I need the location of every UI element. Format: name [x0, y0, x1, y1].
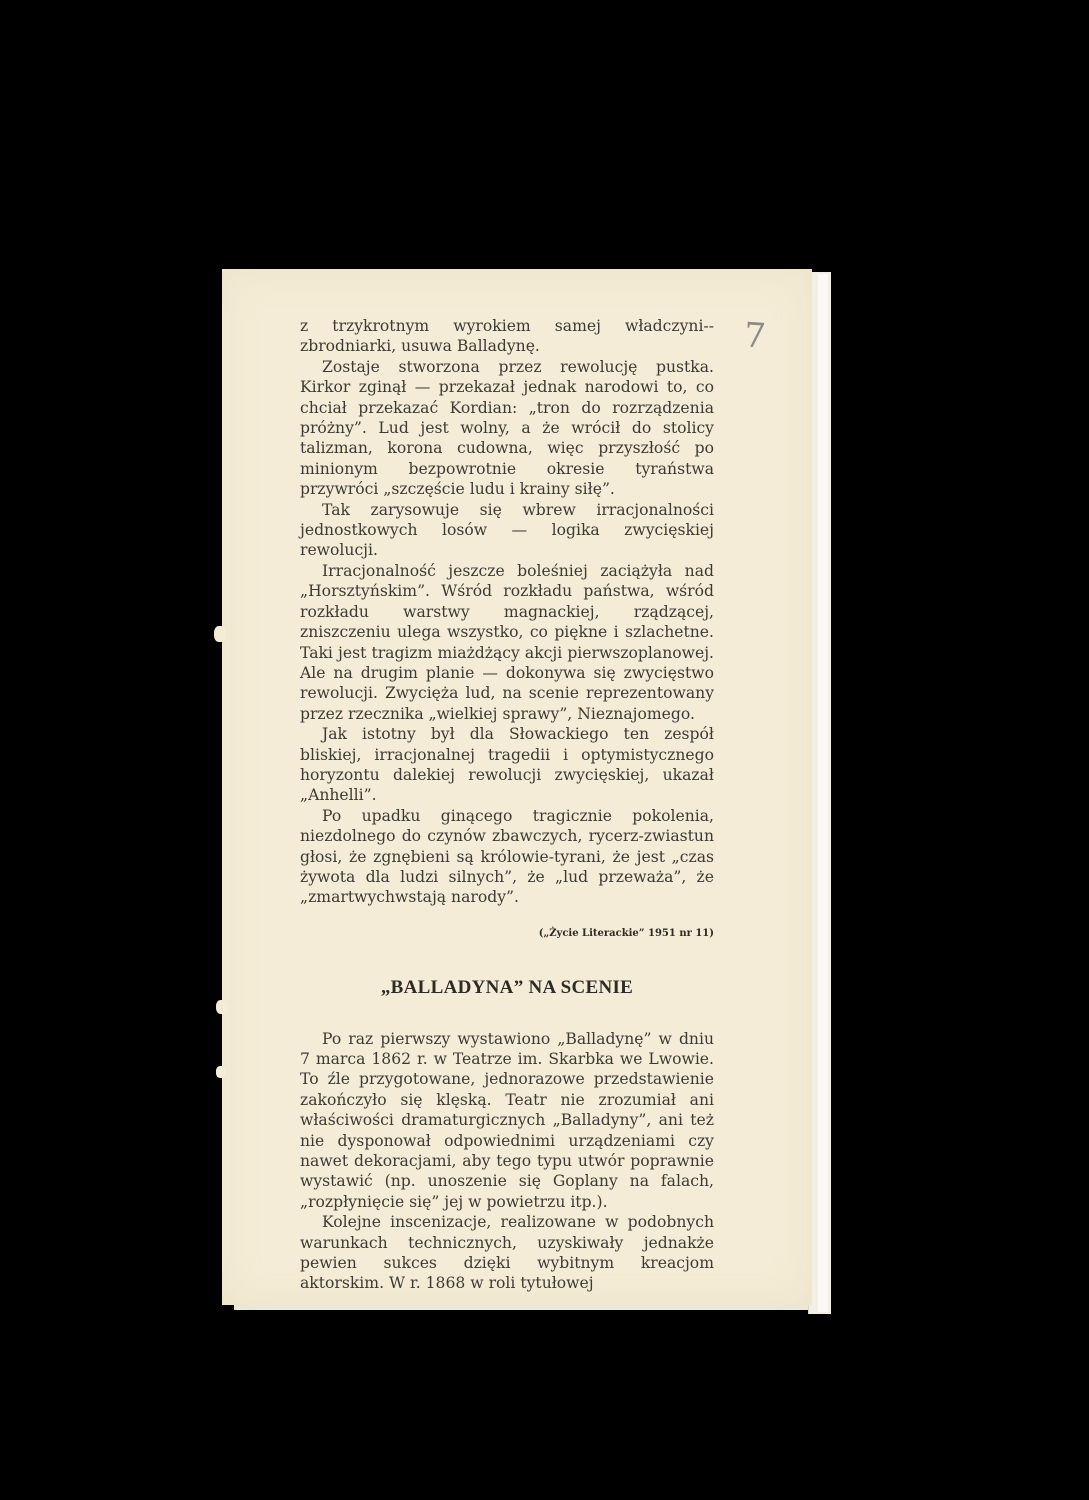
section-heading: „BALLADYNA” NA SCENIE — [300, 978, 714, 998]
page-edge-inner — [818, 274, 828, 1312]
paragraph: Kolejne inscenizacje, realizowane w podo… — [300, 1212, 714, 1294]
paragraph: Tak zarysowuje się wbrew irracjonalności… — [300, 500, 714, 561]
paragraph: Po raz pierwszy wystawiono „Balladynę” w… — [300, 1029, 714, 1213]
paragraph: Irracjonalność jeszcze boleśniej zaciąży… — [300, 561, 714, 724]
page-tear — [214, 626, 226, 642]
paragraph: Jak istotny był dla Słowackiego ten zesp… — [300, 724, 714, 806]
paragraph: Zostaje stworzona przez rewolucję pustka… — [300, 357, 714, 500]
source-citation: („Życie Literackie” 1951 nr 11) — [300, 924, 714, 944]
paragraph: z trzykrotnym wyrokiem samej władczyni--… — [300, 316, 714, 357]
paragraph: Po upadku ginącego tragicznie pokolenia,… — [300, 806, 714, 908]
handwritten-page-number: 7 — [743, 315, 767, 356]
page-tear — [216, 1000, 228, 1014]
document-text: z trzykrotnym wyrokiem samej władczyni--… — [300, 316, 714, 1294]
page-tear — [216, 1066, 226, 1078]
